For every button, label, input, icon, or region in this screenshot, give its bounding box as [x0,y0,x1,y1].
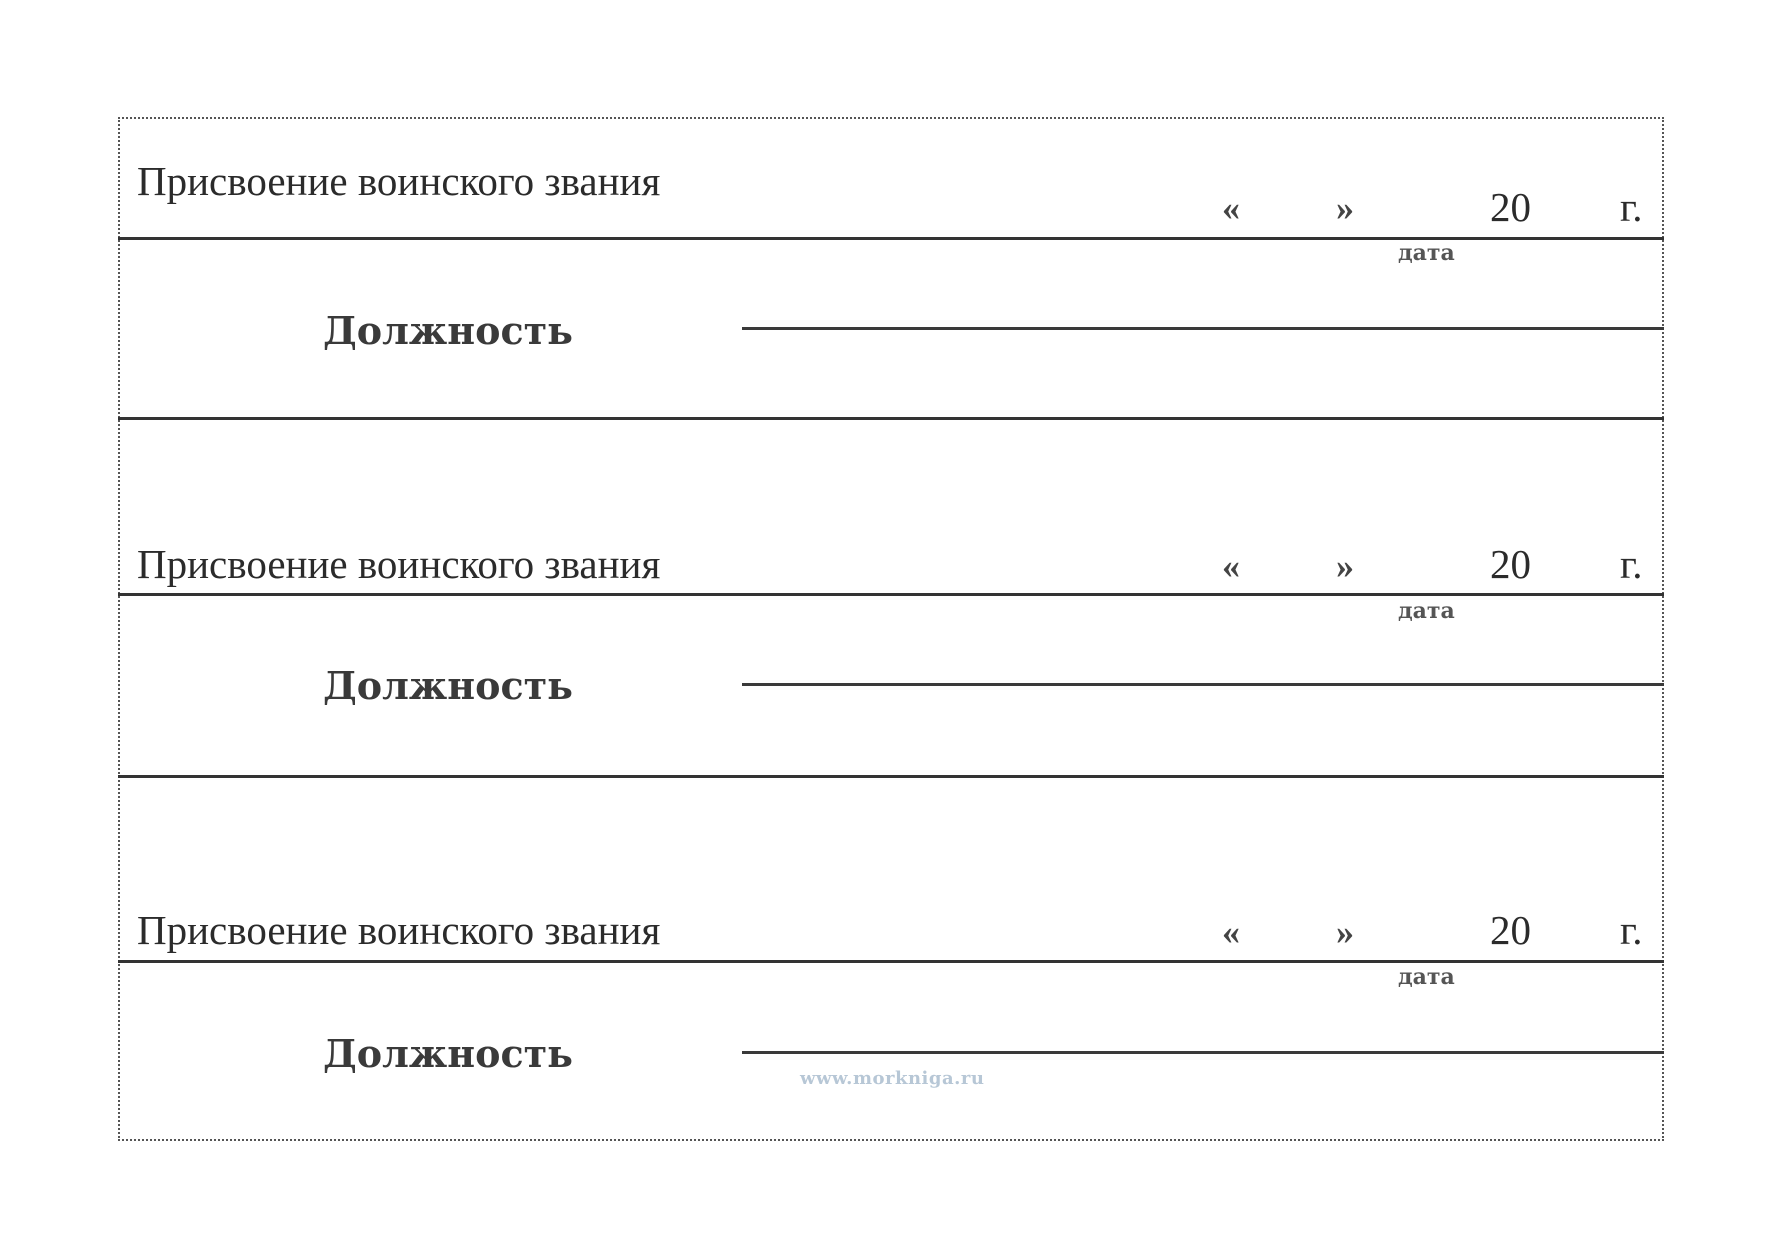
open-quote: « [1222,548,1240,584]
year-prefix: 20 [1490,544,1531,585]
position-label: Должность [323,1035,573,1073]
year-suffix: г. [1620,910,1642,951]
rank-title: Присвоение воинского звания [137,910,660,951]
position-field-line[interactable] [742,327,1664,330]
close-quote: » [1336,190,1354,226]
year-suffix: г. [1620,187,1642,228]
rank-title: Присвоение воинского звания [137,161,660,202]
year-suffix: г. [1620,544,1642,585]
date-caption: дата [1398,966,1455,988]
close-quote: » [1336,914,1354,950]
position-field-line[interactable] [742,1051,1664,1054]
position-label: Должность [323,312,573,350]
year-prefix: 20 [1490,910,1531,951]
open-quote: « [1222,914,1240,950]
date-caption: дата [1398,600,1455,622]
year-prefix: 20 [1490,187,1531,228]
close-quote: » [1336,548,1354,584]
position-label: Должность [323,667,573,705]
open-quote: « [1222,190,1240,226]
date-underline [118,960,1664,963]
watermark: www.morkniga.ru [800,1070,984,1088]
rank-title: Присвоение воинского звания [137,544,660,585]
block-divider [118,417,1664,420]
date-underline [118,593,1664,596]
date-caption: дата [1398,242,1455,264]
position-field-line[interactable] [742,683,1664,686]
block-divider [118,775,1664,778]
